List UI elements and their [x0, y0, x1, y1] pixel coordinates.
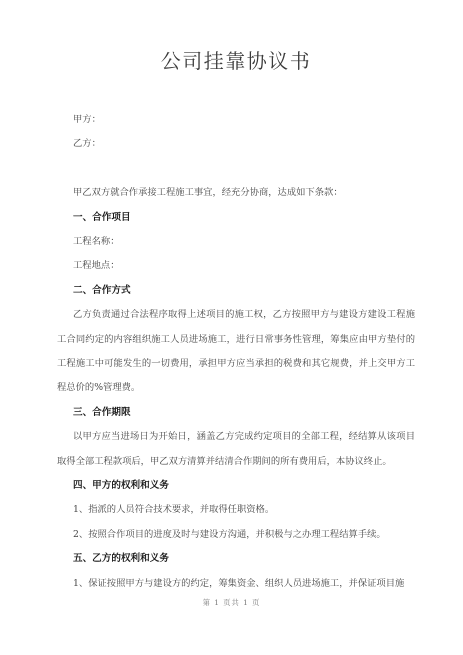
- section-5-item-1: 1、保证按照甲方与建设方的约定，筹集资金、组织人员进场施工，并保证项目施: [57, 572, 415, 596]
- document-content: 公司挂靠协议书 甲方： 乙方： 甲乙双方就合作承接工程施工事宜，经充分协商，达成…: [0, 0, 463, 596]
- section-4-heading: 四、甲方的权利和义务: [57, 474, 415, 498]
- section-4-item-2: 2、按照合作项目的进度及时与建设方沟通，并积极与之办理工程结算手续。: [57, 523, 415, 547]
- project-location-line: 工程地点：: [57, 254, 415, 278]
- document-page: 公司挂靠协议书 甲方： 乙方： 甲乙双方就合作承接工程施工事宜，经充分协商，达成…: [0, 0, 463, 655]
- section-2-heading: 二、合作方式: [57, 279, 415, 303]
- section-3-heading: 三、合作期限: [57, 401, 415, 425]
- section-3-paragraph: 以甲方应当进场日为开始日，涵盖乙方完成约定项目的全部工程，经结算从该项目取得全部…: [57, 425, 415, 474]
- party-b-line: 乙方：: [57, 132, 415, 156]
- section-4-item-1: 1、指派的人员符合技术要求，并取得任职资格。: [57, 498, 415, 522]
- document-title: 公司挂靠协议书: [57, 0, 415, 76]
- section-2-paragraph: 乙方负责通过合法程序取得上述项目的施工权，乙方按照甲方与建设方建设工程施工合同约…: [57, 303, 415, 401]
- project-name-line: 工程名称：: [57, 230, 415, 254]
- intro-paragraph: 甲乙双方就合作承接工程施工事宜，经充分协商，达成如下条款：: [57, 181, 415, 205]
- page-footer: 第 1 页共 1 页: [0, 598, 463, 608]
- party-a-line: 甲方：: [57, 108, 415, 132]
- section-5-heading: 五、乙方的权利和义务: [57, 547, 415, 571]
- section-1-heading: 一、合作项目: [57, 206, 415, 230]
